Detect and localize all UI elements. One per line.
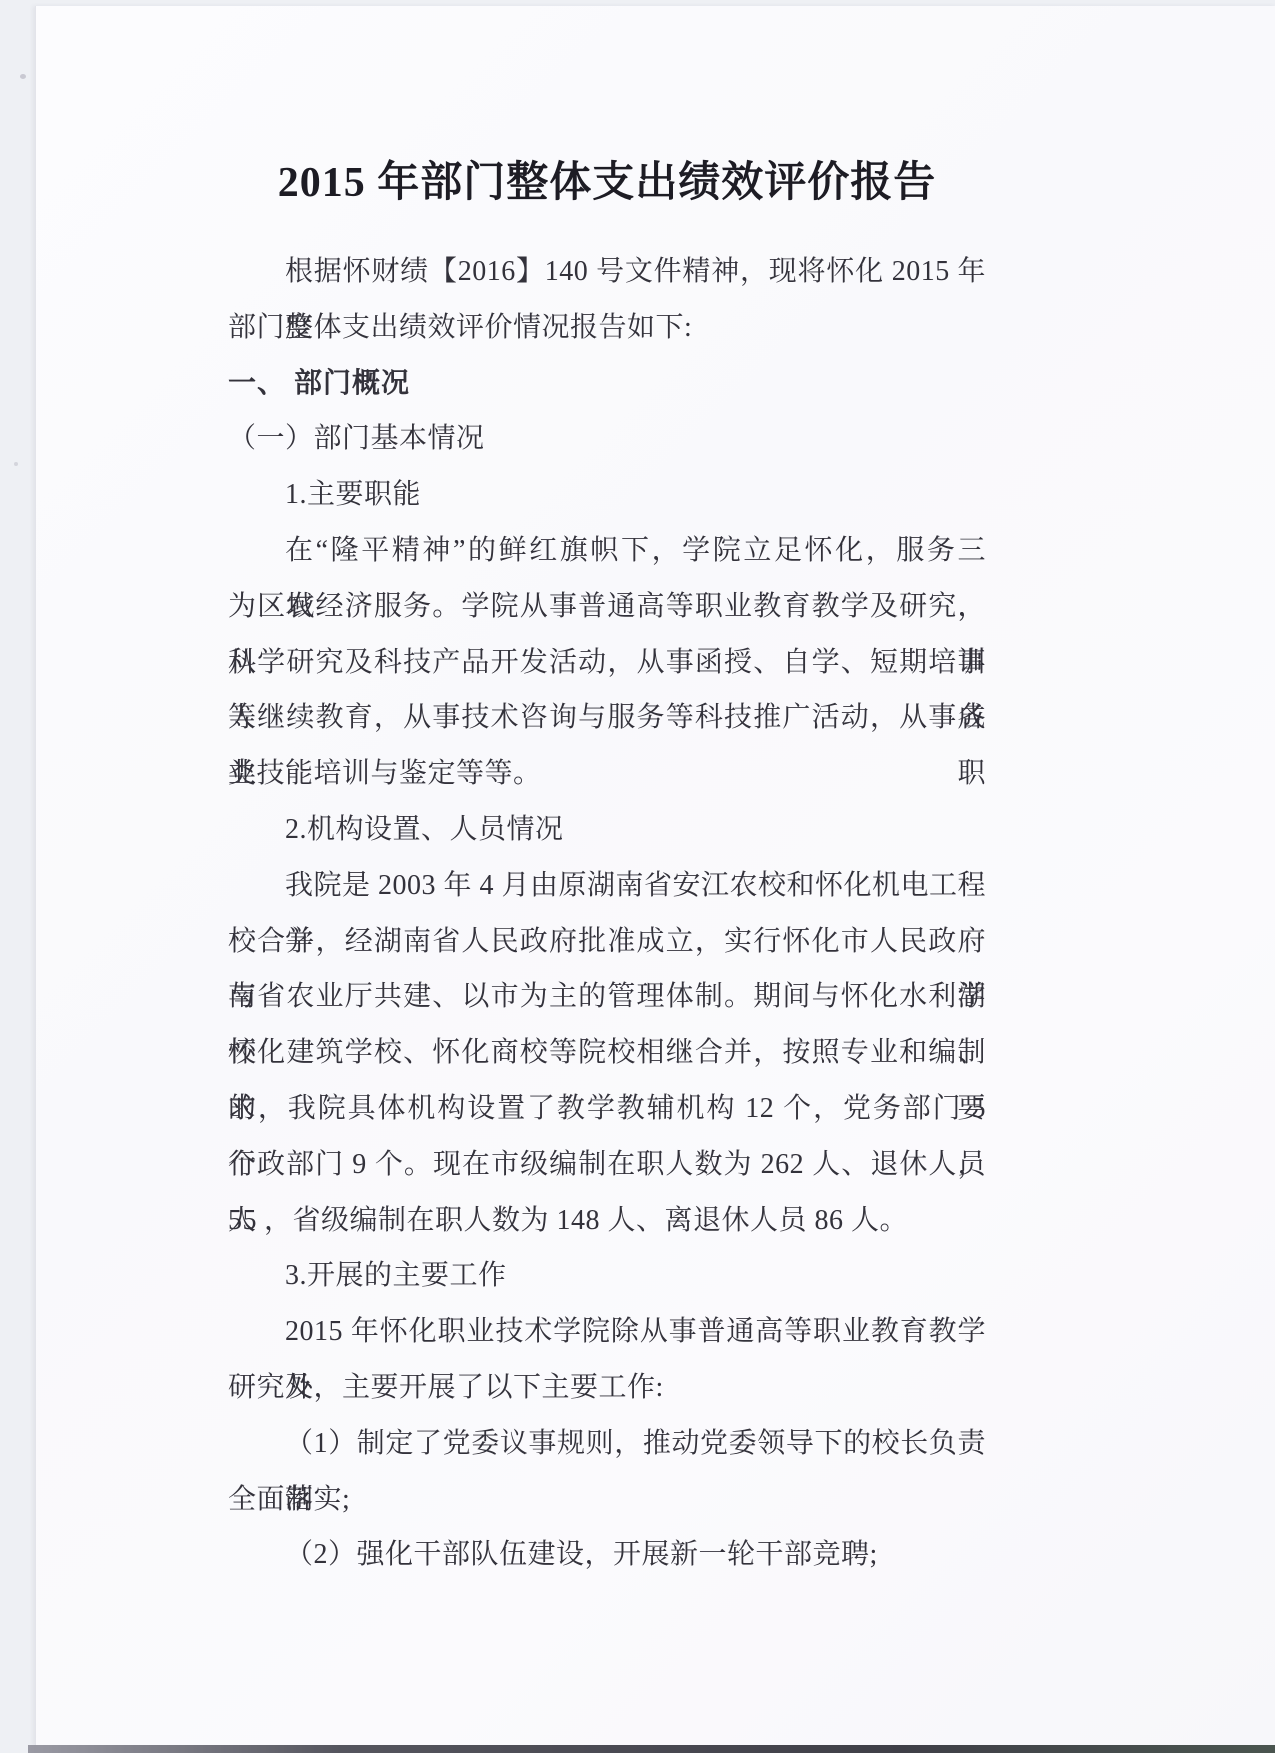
text-line: 2.机构设置、人员情况 <box>228 802 986 858</box>
document-title: 2015 年部门整体支出绩效评价报告 <box>228 154 986 212</box>
text-line: 行政部门 9 个。现在市级编制在职人数为 262 人、退休人员 55 <box>228 1137 986 1193</box>
text-line: 我院是 2003 年 4 月由原湖南省安江农校和怀化机电工程学 <box>228 858 986 914</box>
text-line: （1）制定了党委议事规则，推动党委领导下的校长负责制 <box>228 1416 986 1472</box>
text-line: 研究外，主要开展了以下主要工作: <box>228 1360 986 1416</box>
text-line: 为区域经济服务。学院从事普通高等职业教育教学及研究，从事 <box>228 579 986 635</box>
text-line: 1.主要职能 <box>228 467 986 523</box>
text-line: 在“隆平精神”的鲜红旗帜下，学院立足怀化，服务三农， <box>228 523 986 579</box>
text-line: 人 ，省级编制在职人数为 148 人、离退休人员 86 人。 <box>228 1193 986 1249</box>
text-line: 2015 年怀化职业技术学院除从事普通高等职业教育教学及 <box>228 1304 986 1360</box>
text-line: 校合并，经湖南省人民政府批准成立，实行怀化市人民政府与湖 <box>228 914 986 970</box>
scan-speck <box>14 462 18 466</box>
text-line: 科学研究及科技产品开发活动，从事函授、自学、短期培训等成 <box>228 635 986 691</box>
scan-bottom-edge <box>28 1745 1275 1753</box>
text-line: 求，我院具体机构设置了教学教辅机构 12 个，党务部门 5 个， <box>228 1081 986 1137</box>
scanned-document: 2015 年部门整体支出绩效评价报告 根据怀财绩【2016】140 号文件精神，… <box>0 0 1275 1753</box>
text-line: 根据怀财绩【2016】140 号文件精神，现将怀化 2015 年度 <box>228 244 986 300</box>
text-line: 3.开展的主要工作 <box>228 1248 986 1304</box>
text-line: （2）强化干部队伍建设，开展新一轮干部竞聘; <box>228 1527 986 1583</box>
text-line: 一、 部门概况 <box>228 356 986 412</box>
text-line: 部门整体支出绩效评价情况报告如下: <box>228 300 986 356</box>
text-line: 全面落实; <box>228 1472 986 1528</box>
text-line: 南省农业厅共建、以市为主的管理体制。期间与怀化水利学校、 <box>228 969 986 1025</box>
scan-speck <box>20 74 26 79</box>
document-page: 2015 年部门整体支出绩效评价报告 根据怀财绩【2016】140 号文件精神，… <box>35 6 1275 1746</box>
document-body: 根据怀财绩【2016】140 号文件精神，现将怀化 2015 年度部门整体支出绩… <box>228 244 986 1583</box>
text-line: 怀化建筑学校、怀化商校等院校相继合并，按照专业和编制的要 <box>228 1025 986 1081</box>
text-line: （一）部门基本情况 <box>228 411 986 467</box>
text-line: 人继续教育，从事技术咨询与服务等科技推广活动，从事各类职 <box>228 690 986 746</box>
